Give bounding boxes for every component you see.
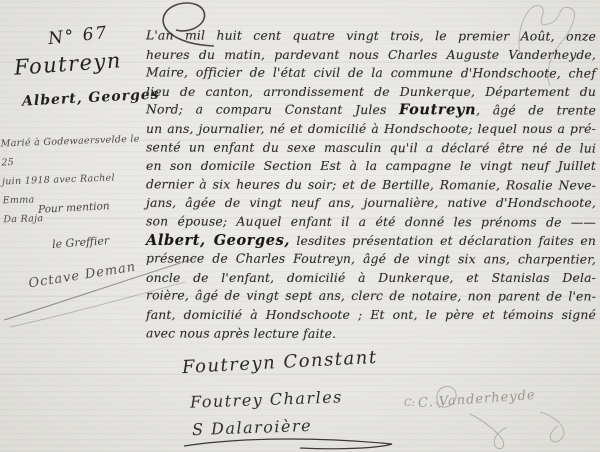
act-line-text: un ans, journalier, né et domicilié à Ho… (146, 121, 596, 136)
act-line: un ans, journalier, né et domicilié à Ho… (146, 120, 596, 139)
act-line: senté un enfant du sexe masculin qu'il a… (146, 138, 596, 158)
act-line: L'an mil huit cent quatre vingt trois, l… (146, 26, 596, 46)
act-line-text: jans, âgée de vingt neuf ans, journalièr… (146, 195, 596, 210)
act-line: son épouse; Auquel enfant il a été donné… (146, 212, 596, 232)
act-line-text: roière, âgé de vingt sept ans, clerc de … (146, 288, 596, 304)
margin-greffier-label: le Greffier (52, 234, 110, 251)
act-line-text: son épouse; Auquel enfant il a été donné… (146, 213, 596, 229)
act-line: heures du matin, pardevant nous Charles … (146, 46, 596, 65)
signature-uncle: Foutrey Charles (190, 387, 343, 411)
act-line: fant, domicilié à Hondschoote ; Et ont, … (146, 306, 596, 325)
act-line: en son domicile Section Est à la campagn… (146, 157, 596, 176)
act-line-text: , âgé de trente (476, 103, 596, 118)
act-line: présence de Charles Foutreyn, âgé de vin… (146, 250, 596, 270)
act-line-text: lesdites présentation et déclaration fai… (290, 233, 596, 248)
greffier-signature: Octave Deman (27, 260, 137, 292)
act-line-text: en son domicile Section Est à la campagn… (146, 158, 596, 173)
act-line: Nord; a comparu Constant Jules Foutreyn,… (146, 101, 596, 121)
father-name-bold: Foutreyn (399, 101, 476, 118)
act-line-text: fant, domicilié à Hondschoote ; Et ont, … (146, 307, 596, 322)
signature-witness: S Dalaroière (192, 416, 313, 439)
act-body-text: L'an mil huit cent quatre vingt trois, l… (146, 27, 596, 343)
signature-mayor-prefix: C: (404, 398, 415, 409)
act-number: N° 67 (47, 23, 109, 49)
act-line-text: Nord; a comparu Constant Jules (146, 102, 399, 118)
act-line: Albert, Georges, lesdites présentation e… (146, 232, 596, 251)
mayor-flourish-stroke (410, 378, 590, 452)
act-line-text: senté un enfant du sexe masculin qu'il a… (146, 139, 596, 155)
margin-surname: Foutreyn (13, 48, 122, 79)
act-line-text: oncle de l'enfant, domicilié à Dunkerque… (146, 270, 596, 285)
margin-given-names: Albert, Georges (22, 86, 160, 109)
act-line: dernier à six heures du soir; et de Bert… (146, 175, 596, 195)
act-line-text: présence de Charles Foutreyn, âgé de vin… (146, 251, 596, 267)
act-line: roière, âgé de vingt sept ans, clerc de … (146, 287, 596, 307)
scanned-birth-record: { "act": { "number": "N° 67", "margin": … (0, 0, 600, 452)
act-line-text: dernier à six heures du soir; et de Bert… (146, 176, 596, 192)
act-line-text: heures du matin, pardevant nous Charles … (146, 47, 596, 62)
act-line: Maire, officier de l'état civil de la co… (146, 64, 596, 84)
act-line-text: avec nous après lecture faite. (146, 325, 336, 340)
act-line-text: Maire, officier de l'état civil de la co… (146, 65, 596, 81)
act-line-text: lieu de canton, arrondissement de Dunker… (146, 84, 596, 99)
act-line: avec nous après lecture faite. (146, 324, 596, 344)
margin-note-line: Marié à Godewaersvelde le 25 (0, 130, 141, 173)
act-line: jans, âgée de vingt neuf ans, journalièr… (146, 194, 596, 213)
act-line: oncle de l'enfant, domicilié à Dunkerque… (146, 269, 596, 288)
margin-marriage-note: Marié à Godewaersvelde le 25 juin 1918 a… (0, 130, 143, 230)
act-line: lieu de canton, arrondissement de Dunker… (146, 83, 596, 102)
child-name-bold: Albert, Georges, (146, 232, 290, 249)
signature-mayor: C. Vanderheyde (418, 388, 536, 411)
signature-father: Foutreyn Constant (182, 347, 378, 378)
act-line-text: L'an mil huit cent quatre vingt trois, l… (146, 27, 596, 43)
